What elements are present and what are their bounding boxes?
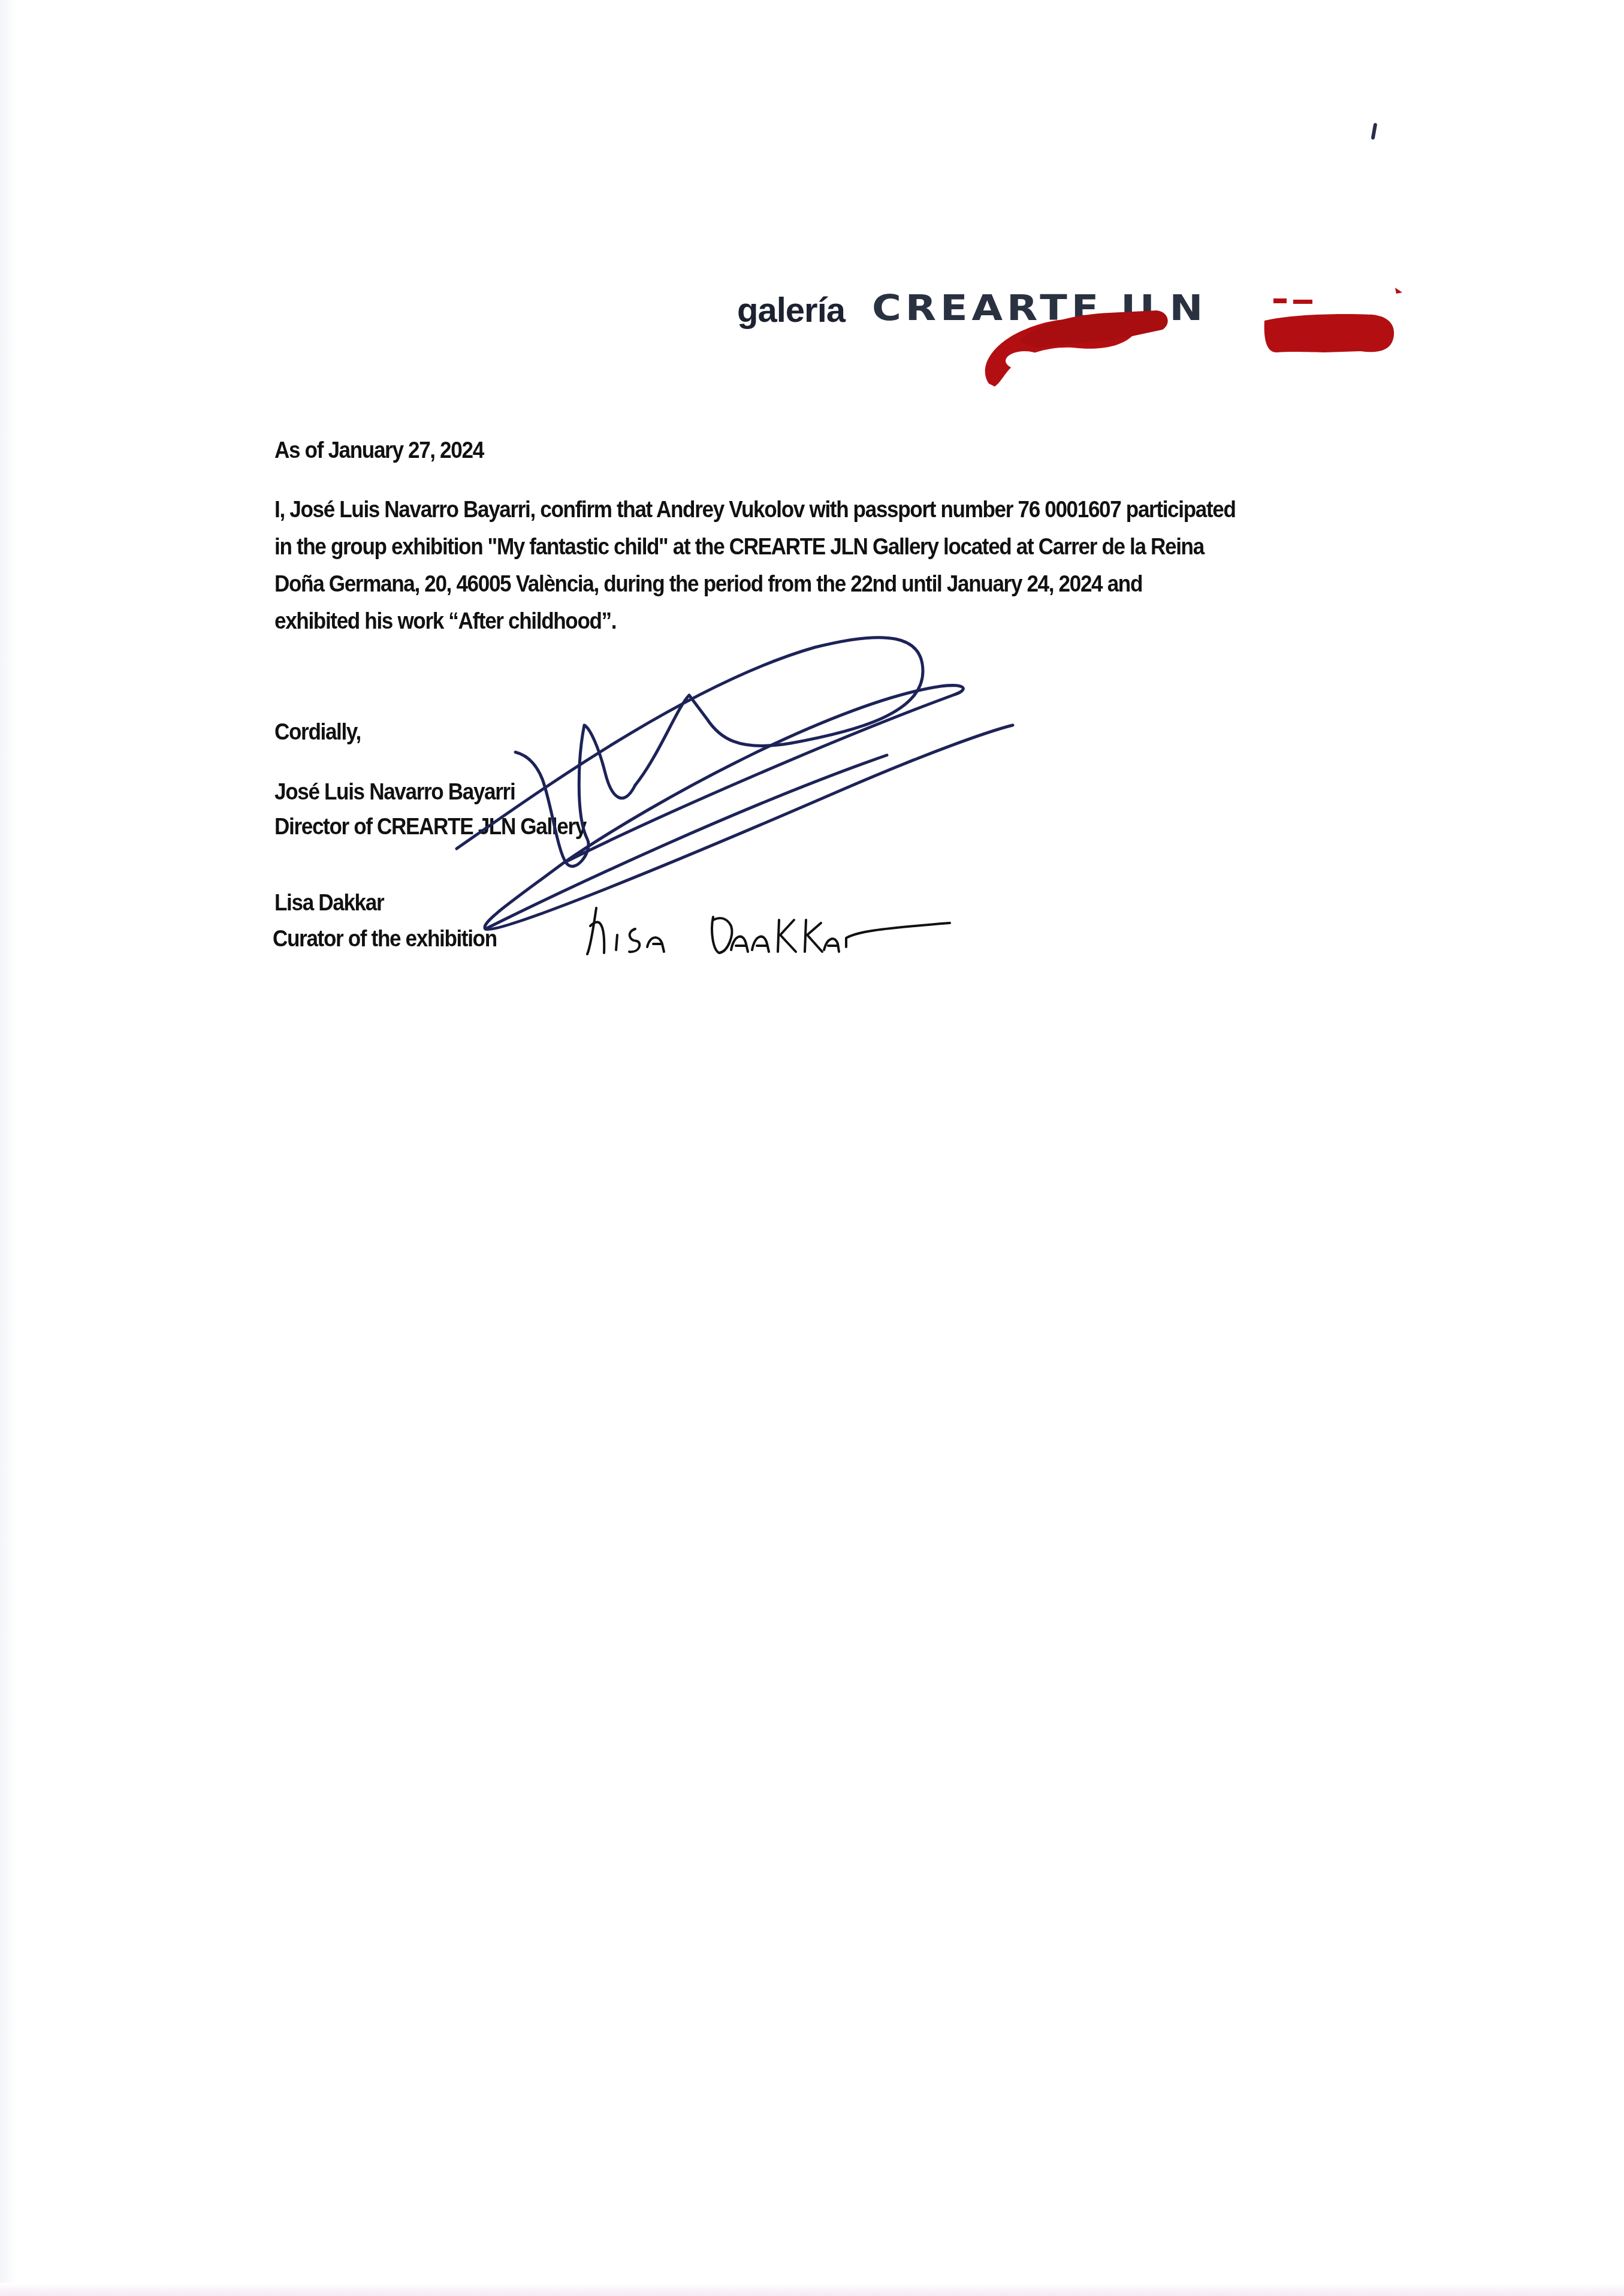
pen-mark — [1371, 123, 1378, 140]
document-page: galería CREARTE JLN As of January 27, 20… — [0, 0, 1624, 2296]
body-line: Doña Germana, 20, 46005 València, during… — [274, 566, 1236, 603]
body-line: I, José Luis Navarro Bayarri, confirm th… — [274, 491, 1236, 529]
letter-closing: Cordially, — [274, 719, 361, 746]
signatory-name: Lisa Dakkar — [274, 890, 384, 916]
body-line: exhibited his work “After childhood”. — [274, 603, 1236, 640]
signatory-name: José Luis Navarro Bayarri — [274, 779, 515, 805]
scan-edge-bottom — [0, 2283, 1624, 2296]
red-paint-stroke-icon — [737, 282, 1486, 402]
director-signature-icon — [457, 638, 1013, 930]
body-line: in the group exhibition "My fantastic ch… — [274, 529, 1236, 566]
signatory-title: Director of CREARTE JLN Gallery — [274, 814, 586, 840]
letter-body: I, José Luis Navarro Bayarri, confirm th… — [274, 491, 1236, 640]
signatory-title: Curator of the exhibition — [273, 926, 497, 952]
scan-edge-left — [0, 0, 17, 2296]
letter-date: As of January 27, 2024 — [274, 438, 484, 464]
gallery-logo: galería CREARTE JLN — [737, 282, 1486, 402]
curator-signature-icon — [587, 908, 950, 954]
